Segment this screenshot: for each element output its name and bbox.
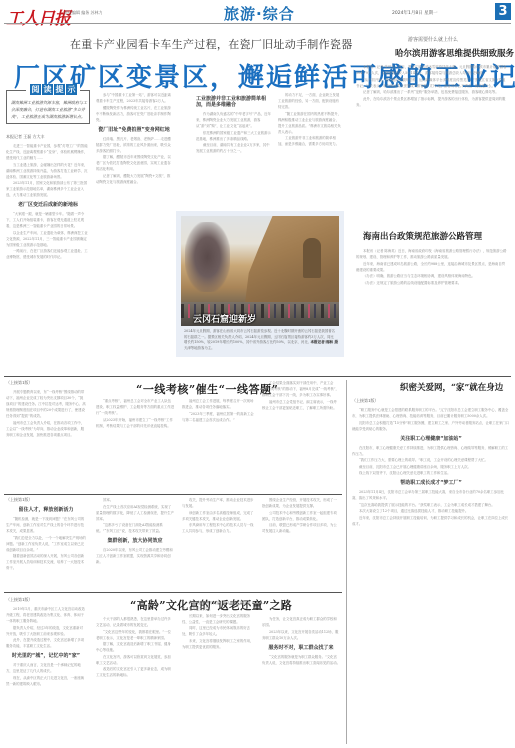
story2-column-4: 工会结果全面落实到干部任用中，产业工会从“一线考核”的推动下，福州8月完成“一线…	[262, 380, 340, 492]
paragraph: 以企业生产车间、工业遗址为载体，株洲深挖工业文化资源，2022年11月，三一智能…	[6, 230, 90, 248]
paragraph: 在生产线上首次应用AI视觉检测系统，实现了质量管理的数字化，降低了人工检测误差，…	[96, 504, 174, 522]
paragraph: 未来，文化宫将继续发挥职工之家的作用，为职工提供更优质的服务。	[182, 638, 254, 650]
paragraph: “职工服务中心就是工会搭建的联系服务职工的平台。”辽宁沈阳市总工会建立职工服务中…	[352, 407, 510, 419]
paragraph: 参与“中国重卡工业第一站”，游客可以近距离观看卡车生产过程，2023年共接待游客…	[96, 92, 172, 104]
paragraph: 在自“配套”的方式进行，丰富职工服务内容，提升服务质量。	[182, 600, 254, 612]
story3-headline: 织密关爱网，“家”就在身边	[400, 381, 503, 393]
paragraph: 本报讯（记者 张世光）近日，黑龙江哈尔滨冰雪旅游持续火爆，元旦假期哈尔滨市累计接…	[356, 64, 508, 76]
paragraph: 线上线下双管齐下，沈阳让心理关爱走进职工的工作和生活。	[352, 470, 510, 476]
paragraph: 目前，联盟已形成产学研合作项目多项，为公司发展注入新动能。	[262, 522, 340, 534]
editors-credit: 责任编辑 编务 苏林力	[64, 10, 103, 16]
paragraph: 攻关，提升劳动生产率，推动企业技术进步与发展。	[182, 497, 254, 509]
paragraph: “我们工作压力大，需要心理上的疏导。”职工说，工会开设的心理关爱课程帮了大忙。	[352, 457, 510, 463]
subhead: 老厂区变迁后成新的新地标	[6, 202, 90, 208]
paragraph: 《办法》明确，旅游公路应当与生态环境相协调，建设风格体现海南特色。	[356, 273, 508, 279]
tips-char: 提	[54, 84, 65, 95]
paragraph: 据了解，醴陵市近年来围绕陶瓷文化产业，以老厂区为依托打造陶瓷文化创意园，实现工业…	[96, 154, 172, 172]
paragraph: 开展专题教育以来，东“一线考核”围绕推动的带动下，福州企业完成了较为突出支撑项目…	[6, 389, 86, 419]
reading-tips-title: 阅 读 提 示	[27, 84, 80, 95]
paragraph: 《办法》还规定了旅游公路的沿线设施配置标准及养护管理要求。	[356, 280, 508, 286]
paragraph: 2023年以来，文化宫开展各类活动112场，服务职工群众10万余人次。	[262, 629, 340, 641]
newspaper-logo: 工人日报	[6, 4, 70, 29]
paragraph: 红砖墙、黑瓦片、老烟囱、老锅炉……走进醴陵群力瓷厂旧址，浓浓的工业风扑面而来，吸…	[96, 136, 172, 154]
paragraph: 醴陵陶瓷作为株洲传统工业名片，在工业旅游中不断焕发新活力，游客可在瓷厂旧址亲手制…	[96, 105, 172, 123]
photo-tree	[185, 222, 230, 292]
story4-column-1: （上接第1版） 2019年1月，重庆市渝中区工人文化宫启动改造升级工程，将老旧建…	[6, 597, 86, 745]
paragraph: “重点考核”，福州总工会对全市产业工人队伍建设、职工权益维护、工会服务等方面的重…	[96, 398, 174, 416]
paragraph: “2023年三季度，福州位居第一的高新工会与第二名福建工会首次达成合作。”	[182, 411, 254, 423]
continued-tag: （上接第1版）	[6, 497, 86, 503]
paragraph: “从冬初开始，我们就用互联网思维，运用新媒体平台多维度宣传黑龙江。”黑龙江省文旅…	[356, 77, 508, 89]
tips-rule-left	[7, 90, 26, 91]
story4-divider	[4, 592, 342, 593]
paragraph: 2019年1月，重庆市渝中区工人文化宫启动改造升级工程，将老旧建筑改造为集文化、…	[6, 606, 86, 624]
subhead: 瓷厂旧址“免费拍照”变身网红地	[96, 127, 172, 133]
paragraph: 的动力不足，一方面，企业缺乏发展工业旅游的经验，另一方面，配套设施有待完善。	[278, 92, 342, 110]
paragraph: 福州总工会工作进展，每季度召开一次现场推进会，推动各项任务落地落实。	[182, 398, 254, 410]
paragraph: 同时，这里已经成为市民休闲娱乐的好去处，吸引了众多年轻人。	[182, 625, 254, 637]
lead-column-1: 本报记者 王磊 方大丰 走进三一智能重卡产业园，参观“灯塔工厂”的智能化生产线，…	[6, 130, 90, 374]
story4-column-2: 个大干部的人都很熟悉，在这里曾举办过许多文艺活动，记录着城市的发展变迁。 “文化…	[96, 616, 174, 745]
paragraph: 一路前行，在老厂区游客们还能参观工业遗址、工业博物馆，感受城市发展的时代印记。	[6, 248, 90, 260]
story4-column-4: 为任务，让文化宫真正成为职工群众的学校和乐园。 2023年以来，文化宫开展各类活…	[262, 616, 340, 745]
paragraph: “大家跟一跟，就是一辆重型卡车。”随着一声令下，工人们开始组装重卡，游客在观光通…	[6, 211, 90, 229]
story2-column-2: “重点考核”，福州总工会对全市产业工人队伍建设、职工权益维护、工会服务等方面的重…	[96, 398, 174, 492]
paragraph: 沈阳市总工会积极打造“15分钟”职工服务圈，建立职工之家、户外劳动者服务站点，让…	[352, 420, 510, 432]
subhead: 时光里的“城”，记忆中的“家”	[6, 653, 86, 659]
subhead: 工业旅游并非工业和旅游简单相加，而是多维融合	[196, 96, 272, 108]
paragraph: 在沈阳市，职工心理健康关爱工作持续推进，为职工提供心理咨询、心理疏导等服务，缓解…	[352, 445, 510, 457]
paragraph: 据负责人介绍，经过3年的改造，文化宫重新对外开放，吸引了大批职工前来参观体验。	[6, 625, 86, 637]
continued-tag: （上接第1版）	[6, 380, 86, 386]
story2-headline: “一线考核”催生“一线答题”	[136, 381, 278, 397]
paragraph: 长期以来，如何进一步突出文化宫的服务性、公益性，一直是工会研究的课题。	[182, 613, 254, 625]
paragraph: 围绕企业生产经营，开展技术攻关，形成了一批创新成果，为企业发展提供支撑。	[262, 497, 340, 509]
reading-tips-body: 湖南株洲工业旅游资源丰富，株洲政府与工会深度融合，打造有湖南工业旅游“多立并茂”…	[11, 99, 87, 120]
subhead: 帮助职工成长成才“梦工厂”	[352, 480, 510, 486]
story3-body: （上接第1版） “职工服务中心就是工会搭建的联系服务职工的平台。”辽宁沈阳市总工…	[352, 398, 510, 744]
photo-cliff	[244, 216, 339, 311]
paragraph: 为任务，让文化宫真正成为职工群众的学校和乐园。	[262, 616, 340, 628]
story2-column-1: （上接第1版） 开展专题教育以来，东“一线考核”围绕推动的带动下，福州企业完成了…	[6, 380, 86, 492]
hainan-headline: 海南出台政策规范旅游公路管理	[363, 230, 482, 242]
paragraph: “文化宫的服务就是为职工群众服务。”文化宫负责人说，文化宫将持续推出职工喜闻乐见…	[262, 654, 340, 666]
paragraph: 当工业遇上旅游，会碰撞出怎样的火花？近年来，湖南株洲工业旅游持续升温，为游客打造…	[6, 162, 90, 180]
lead-column-4: 的动力不足，一方面，企业缺乏发展工业旅游的经验，另一方面，配套设施有待完善。 “…	[278, 92, 342, 208]
paragraph: 从2023年开始，福州市建立了“一线考核”工作机制，考核结果与工会干部的评先评优…	[96, 417, 174, 429]
lead-column-2: 参与“中国重卡工业第一站”，游客可以近距离观看卡车生产过程，2023年共接待游客…	[96, 92, 172, 374]
paragraph: 截至目前，湖南共有工业企业2万多家，其中发展工业旅游的约占十分之一。	[196, 142, 272, 154]
paragraph: 依托株洲的国家级工业遗产和三大工业旅游示范基地，株洲推出了多条精品线路。	[196, 130, 272, 142]
harbin-kicker: 游客需要什么就上什么	[408, 36, 458, 43]
paragraph: 近年来，沈阳市总工会持续开展职工技能培训，为职工提供学习和成长的机会，让职工在岗…	[352, 515, 510, 527]
page-number-badge: 3	[495, 3, 511, 20]
paragraph: 截至目前，沈阳市总工会已开展心理健康讲座百余场，服务职工上万人次。	[352, 464, 510, 470]
harbin-headline: 哈尔滨用游客思维提供细致服务	[395, 47, 514, 59]
paragraph: 该创新工作室由多名高级技师组成，完成了多项关键技术攻关，推动企业创新发展。	[182, 510, 254, 522]
tips-char: 读	[42, 84, 53, 95]
issue-date: 2024年1月8日 星期一	[392, 10, 438, 16]
paragraph: 改造后的文化宫还引入了更多新业态，成为职工文化生活的新地标。	[96, 666, 174, 678]
header-divider	[4, 23, 511, 24]
paragraph: 公司技术中心和劳模创新工作室一起组建专项团队，打造创新平台，推动成果转化。	[262, 510, 340, 522]
paragraph: 2023年11月4日，沈阳市总工会举办第三届职工技能大赛，来自全市各行业的70余…	[352, 489, 510, 501]
paragraph: 福州市总工会党组书记、副主席表示，一线考核让工会干部更加贴近职工，了解职工所需所…	[262, 399, 340, 411]
story2-column-3: 福州总工会工作进展，每季度召开一次现场推进会，推动各项任务落地落实。 “2023…	[182, 398, 254, 492]
paragraph: 本报讯（记者 陈海英）近日，海南省政府印发《海南省旅游公路管理暂行办法》，规范旅…	[356, 248, 508, 260]
paragraph: 效率。	[96, 497, 174, 503]
paragraph: 随着创新创效活动的深入开展，东风公司各创新工作室开展人员培训和技术交流，培养了一…	[6, 553, 86, 571]
paragraph: 个大干部的人都很熟悉，在这里曾举办过许多文艺活动，记录着城市的发展变迁。	[96, 616, 174, 628]
photo-overlay-title: 云冈石窟迎新岁	[193, 312, 256, 325]
column-divider	[346, 380, 347, 744]
paragraph: 近年来，海南省已建成环岛旅游公路，全长约988公里，连接沿海城市及景区景点，是海…	[356, 261, 508, 273]
paragraph: 东风商用车工程技术中心的技术人员与一线工人共同参与，形成了创新合力。	[182, 522, 254, 534]
section-title: 旅游·综合	[224, 3, 295, 24]
paragraph: “文化宫这些年的变化，我都看在眼里。”一位老职工表示，文化宫是老一辈职工的精神家…	[96, 629, 174, 641]
story2-lower-column-3: 攻关，提升劳动生产率，推动企业技术进步与发展。 该创新工作室由多名高级技师组成，…	[182, 497, 254, 589]
continued-tag: （上接第1版）	[6, 597, 86, 603]
paragraph: “这都多亏了设备在门洞处AI智能检测系统。”“东风工匠”说，技术攻关带来了效益。	[96, 522, 174, 534]
hainan-story-body: 本报讯（记者 陈海英）近日，海南省政府印发《海南省旅游公路管理暂行办法》，规范旅…	[356, 248, 508, 372]
photo-buddha-statue	[303, 238, 321, 278]
tips-char: 阅	[30, 84, 41, 95]
paragraph: 据了解，文化宫改造后新增了职工书屋、健身中心等设施。	[96, 641, 174, 653]
paragraph: 现在，从渝中区的正大门走进文化宫，一座座焕然一新的建筑映入眼帘。	[6, 675, 86, 687]
paragraph: 2023年11月，国家文化和旅游部公布了第三批国家工业旅游示范基地名单，湖南株洲…	[6, 180, 90, 198]
story2-divider	[4, 494, 342, 495]
byline: 本报记者 王磊 方大丰	[6, 134, 90, 140]
paragraph: “这次比赛给我提供了展示技能的平台。”获奖职工表示，工会为职工成长成才搭建了舞台…	[352, 502, 510, 508]
story4-column-3: 在自“配套”的方式进行，丰富职工服务内容，提升服务质量。 长期以来，如何进一步突…	[182, 600, 254, 745]
paragraph: “随工业旅游在国内的热度不断提升，株洲积极推动工业企业与旅游深度融合，提升工业旅…	[278, 111, 342, 135]
paragraph: 此外，在哈尔滨各个景点景区都增加了指示标牌，提升游客的出行体验，为游客提供更周到…	[356, 96, 508, 108]
reading-tips-box: 阅 读 提 示 湖南株洲工业旅游资源丰富，株洲政府与工会深度融合，打造有湖南工业…	[6, 90, 90, 124]
paragraph: “随机检测，就是一下找到问题？”在东风公司的生产车间，创新工作室对生产线上的各个…	[6, 516, 86, 534]
story2-lower-column-1: （上接第1版） 留住人才，释放创新活力 “随机检测，就是一下找到问题？”在东风公…	[6, 497, 86, 589]
yungang-grottoes-photo: 云冈石窟迎新岁	[181, 216, 339, 326]
section-divider-mid	[4, 376, 511, 377]
subhead: 留住人才，释放创新活力	[6, 507, 86, 513]
subhead: 服务时不对，职工群众找了来	[262, 645, 340, 651]
photo-credit: 本报记者 周林 摄	[310, 340, 338, 345]
lead-kicker: 在重卡产业园看卡车生产过程，在瓷厂旧址动手制作瓷器	[70, 36, 353, 52]
paragraph: 在文化宫内，游客可以欣赏到文化展览，参加职工文艺活动。	[96, 654, 174, 666]
paragraph: 对于重庆人而言，文化宫是一个承载记忆的地方，这里见证了几代人的成长。	[6, 662, 86, 674]
paragraph: 福州市总工会负责人介绍，在推动各项工作中，工会以“一线考核”为导向，推动企业改革…	[6, 420, 86, 438]
photo-box: 云冈石窟迎新岁 2024年元旦假期，游客在山西省大同市云冈石窟游览参观。近十北魏…	[176, 211, 344, 357]
harbin-story-body: 本报讯（记者 张世光）近日，黑龙江哈尔滨冰雪旅游持续火爆，元旦假期哈尔滨市累计接…	[356, 64, 508, 224]
subhead: 集群创新，放大协同效应	[96, 538, 174, 544]
paragraph: 记者了解到，哈尔滨推出了一系列“宠粉”服务举措，包括免费接送服务、游客暖心驿站等…	[356, 89, 508, 95]
paragraph: 此外，在提升改造过程中，文化宫还新增了多项服务功能，丰富职工文化生活。	[6, 637, 86, 649]
tips-char: 示	[66, 84, 77, 95]
paragraph: 作为湖南久负盛名的“中华老字号”产品，近年来，株洲陶瓷企业大力发展工业旅游，游客…	[196, 111, 272, 129]
paragraph: 走进三一智能重卡产业园，参观“灯塔工厂”的智能化生产线，近距离观察重卡“变身”，…	[6, 143, 90, 161]
paragraph: 自2020年以来，东风公司工会推动建立劳模和工匠人才创新工作室联盟，实现资源共享…	[96, 547, 174, 565]
story2-lower-column-4: 围绕企业生产经营，开展技术攻关，形成了一批创新成果，为企业发展提供支撑。 公司技…	[262, 497, 340, 589]
subhead: 关注职工心理健康“加油站”	[352, 436, 510, 442]
paragraph: 工业旅游并非工业和旅游的简单相加，而是多维融合，需要多方协同发力。	[278, 135, 342, 147]
paragraph: “我们总是全力以赴，一个一个地解决生产现场的问题。”创新工作室负责人说，“工作室…	[6, 535, 86, 553]
paragraph: 本次大赛设立了12个项目，通过比赛选拔技能人才，推动职工技能提升。	[352, 508, 510, 514]
paragraph: 工会结果全面落实到干部任用中，产业工会从“一线考核”的推动下，福州8月完成“一线…	[262, 380, 340, 398]
lead-column-3: 工业旅游并非工业和旅游简单相加，而是多维融合 作为湖南久负盛名的“中华老字号”产…	[196, 92, 272, 208]
story2-lower-column-2: 效率。 在生产线上首次应用AI视觉检测系统，实现了质量管理的数字化，降低了人工检…	[96, 497, 174, 589]
continued-tag: （上接第1版）	[352, 398, 510, 404]
paragraph: 记者了解到，醴陵大力发展“陶瓷+文旅”，推动陶瓷文化与旅游深度融合。	[96, 173, 172, 185]
